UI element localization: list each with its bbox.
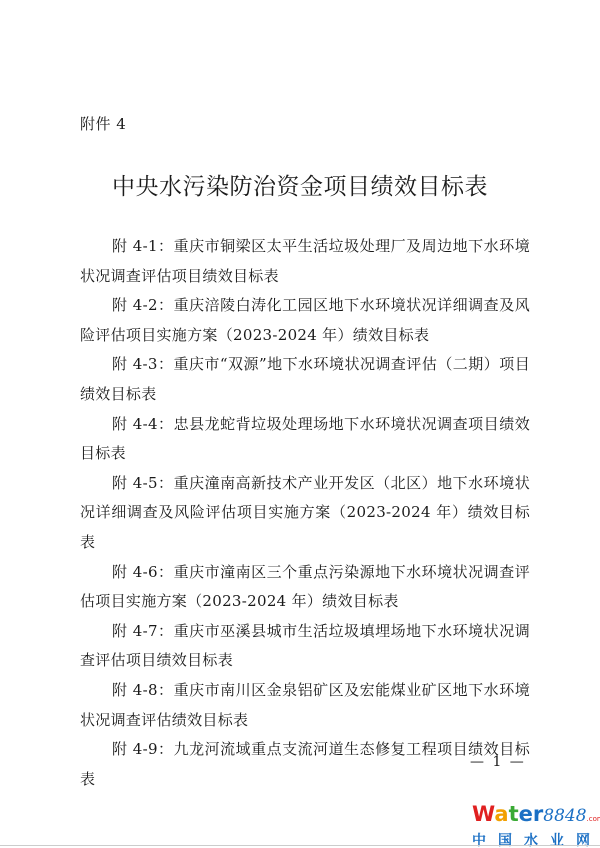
brand-letter-a: a [494, 802, 508, 826]
item-prefix: 附 4-8： [112, 681, 174, 699]
brand-letter-w: W [472, 802, 494, 826]
attachment-item-4-1: 附 4-1：重庆市铜梁区太平生活垃圾处理厂及周边地下水环境状况调查评估项目绩效目… [80, 232, 530, 291]
attachment-item-4-3: 附 4-3：重庆市“双源”地下水环境状况调查评估（二期）项目绩效目标表 [80, 350, 530, 409]
attachment-item-4-4: 附 4-4：忠县龙蛇背垃圾处理场地下水环境状况调查项目绩效目标表 [80, 410, 530, 469]
attachment-item-4-2: 附 4-2：重庆涪陵白涛化工园区地下水环境状况详细调查及风险评估项目实施方案（2… [80, 291, 530, 350]
item-prefix: 附 4-1： [112, 237, 174, 255]
item-prefix: 附 4-4： [112, 415, 174, 433]
item-prefix: 附 4-5： [112, 474, 174, 492]
brand-letter-t: t [509, 802, 519, 826]
watermark-brand: Water8848.com [472, 803, 600, 830]
item-prefix: 附 4-3： [112, 355, 173, 373]
document-title: 中央水污染防治资金项目绩效目标表 [0, 168, 600, 201]
brand-domain: .com [587, 815, 600, 823]
brand-letters-er: er [519, 802, 544, 826]
attachment-label: 附件 4 [80, 113, 126, 134]
item-prefix: 附 4-9： [112, 740, 174, 758]
attachment-item-4-9: 附 4-9：九龙河流域重点支流河道生态修复工程项目绩效目标表 [80, 735, 530, 794]
item-prefix: 附 4-6： [112, 563, 174, 581]
attachment-list: 附 4-1：重庆市铜梁区太平生活垃圾处理厂及周边地下水环境状况调查评估项目绩效目… [80, 232, 530, 794]
item-prefix: 附 4-2： [112, 296, 174, 314]
item-prefix: 附 4-7： [112, 622, 174, 640]
brand-number: 8848 [543, 806, 586, 826]
attachment-item-4-8: 附 4-8：重庆市南川区金泉铝矿区及宏能煤业矿区地下水环境状况调查评估绩效目标表 [80, 676, 530, 735]
attachment-item-4-6: 附 4-6：重庆市潼南区三个重点污染源地下水环境状况调查评估项目实施方案（202… [80, 558, 530, 617]
page-number: — 1 — [470, 754, 526, 770]
watermark-logo: Water8848.com 中国水业网 [472, 803, 600, 848]
footer-divider [0, 845, 600, 846]
attachment-item-4-5: 附 4-5：重庆潼南高新技术产业开发区（北区）地下水环境状况详细调查及风险评估项… [80, 469, 530, 558]
attachment-item-4-7: 附 4-7：重庆市巫溪县城市生活垃圾填埋场地下水环境状况调查评估项目绩效目标表 [80, 617, 530, 676]
